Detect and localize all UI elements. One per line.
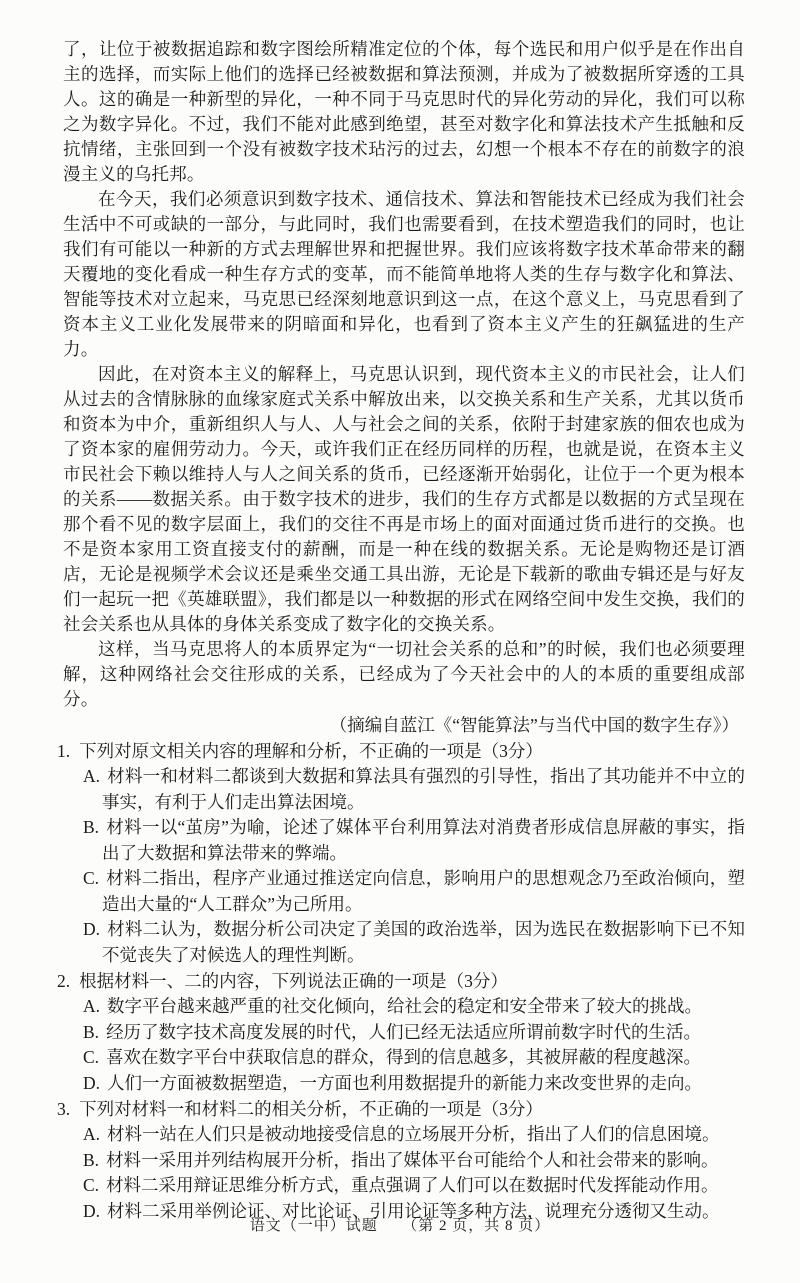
question-stem: 2.根据材料一、二的内容，下列说法正确的一项是（3分） [57, 968, 745, 994]
answer-option: C.喜欢在数字平台中获取信息的群众，得到的信息越多，其被屏蔽的程度越深。 [63, 1045, 745, 1071]
option-label: C. [83, 868, 99, 888]
question-stem-text: 下列对原文相关内容的理解和分析，不正确的一项是（3分） [79, 741, 543, 761]
body-paragraph: 在今天，我们必须意识到数字技术、通信技术、算法和智能技术已经成为我们社会生活中不… [63, 187, 745, 362]
document-body: 了，让位于被数据追踪和数字图绘所精准定位的个体，每个选民和用户似乎是在作出自主的… [63, 37, 745, 1224]
option-text: 经历了数字技术高度发展的时代，人们已经无法适应所谓前数字时代的生活。 [106, 1022, 701, 1042]
body-paragraph: 了，让位于被数据追踪和数字图绘所精准定位的个体，每个选民和用户似乎是在作出自主的… [63, 37, 745, 187]
answer-option: C.材料二指出，程序产业通过推送定向信息，影响用户的思想观念乃至政治倾向，塑造出… [63, 866, 745, 917]
option-label: B. [83, 1150, 99, 1170]
question-block: 1.下列对原文相关内容的理解和分析，不正确的一项是（3分）A.材料一和材料二都谈… [63, 738, 745, 968]
option-text: 材料一采用并列结构展开分析，指出了媒体平台可能给个人和社会带来的影响。 [106, 1150, 719, 1170]
question-number: 1. [57, 741, 70, 761]
question-stem-text: 下列对材料一和材料二的相关分析，不正确的一项是（3分） [79, 1099, 543, 1119]
option-text: 材料二认为，数据分析公司决定了美国的政治选举，因为选民在数据影响下已不知不觉丧失… [102, 919, 745, 965]
page-footer: 语文（一中）试题 （第 2 页，共 8 页） [0, 1214, 800, 1235]
option-label: B. [83, 817, 99, 837]
question-stem: 1.下列对原文相关内容的理解和分析，不正确的一项是（3分） [57, 738, 745, 764]
option-label: A. [83, 996, 100, 1016]
option-label: B. [83, 1022, 99, 1042]
option-text: 材料二指出，程序产业通过推送定向信息，影响用户的思想观念乃至政治倾向，塑造出大量… [102, 868, 745, 914]
paragraphs-container: 了，让位于被数据追踪和数字图绘所精准定位的个体，每个选民和用户似乎是在作出自主的… [63, 37, 745, 712]
source-citation: （摘编自蓝江《“智能算法”与当代中国的数字生存》） [63, 712, 745, 738]
option-text: 人们一方面被数据塑造，一方面也利用数据提升的新能力来改变世界的走向。 [107, 1073, 702, 1093]
option-text: 喜欢在数字平台中获取信息的群众，得到的信息越多，其被屏蔽的程度越深。 [106, 1047, 701, 1067]
question-block: 3.下列对材料一和材料二的相关分析，不正确的一项是（3分）A.材料一站在人们只是… [63, 1096, 745, 1224]
question-stem-text: 根据材料一、二的内容，下列说法正确的一项是（3分） [79, 971, 508, 991]
option-label: A. [83, 766, 100, 786]
question-number: 3. [57, 1099, 70, 1119]
option-text: 材料一以“茧房”为喻，论述了媒体平台利用算法对消费者形成信息屏蔽的事实，指出了大… [102, 817, 745, 863]
answer-option: D.人们一方面被数据塑造，一方面也利用数据提升的新能力来改变世界的走向。 [63, 1071, 745, 1097]
answer-option: A.材料一站在人们只是被动地接受信息的立场展开分析，指出了人们的信息困境。 [63, 1122, 745, 1148]
body-paragraph: 因此，在对资本主义的解释上，马克思认识到，现代资本主义的市民社会，让人们从过去的… [63, 362, 745, 637]
option-text: 数字平台越来越严重的社交化倾向，给社会的稳定和安全带来了较大的挑战。 [107, 996, 702, 1016]
answer-option: B.经历了数字技术高度发展的时代，人们已经无法适应所谓前数字时代的生活。 [63, 1020, 745, 1046]
questions-container: 1.下列对原文相关内容的理解和分析，不正确的一项是（3分）A.材料一和材料二都谈… [63, 738, 745, 1224]
option-label: D. [83, 919, 100, 939]
question-stem: 3.下列对材料一和材料二的相关分析，不正确的一项是（3分） [57, 1096, 745, 1122]
answer-option: D.材料二认为，数据分析公司决定了美国的政治选举，因为选民在数据影响下已不知不觉… [63, 917, 745, 968]
option-text: 材料一和材料二都谈到大数据和算法具有强烈的引导性，指出了其功能并不中立的事实，有… [102, 766, 745, 812]
answer-option: B.材料一以“茧房”为喻，论述了媒体平台利用算法对消费者形成信息屏蔽的事实，指出… [63, 815, 745, 866]
option-text: 材料一站在人们只是被动地接受信息的立场展开分析，指出了人们的信息困境。 [107, 1124, 720, 1144]
option-label: D. [83, 1073, 100, 1093]
answer-option: C.材料二采用辩证思维分析方式，重点强调了人们可以在数据时代发挥能动作用。 [63, 1173, 745, 1199]
option-text: 材料二采用辩证思维分析方式，重点强调了人们可以在数据时代发挥能动作用。 [106, 1175, 719, 1195]
answer-option: B.材料一采用并列结构展开分析，指出了媒体平台可能给个人和社会带来的影响。 [63, 1148, 745, 1174]
answer-option: A.数字平台越来越严重的社交化倾向，给社会的稳定和安全带来了较大的挑战。 [63, 994, 745, 1020]
exam-paper-page: 了，让位于被数据追踪和数字图绘所精准定位的个体，每个选民和用户似乎是在作出自主的… [0, 0, 800, 1283]
question-block: 2.根据材料一、二的内容，下列说法正确的一项是（3分）A.数字平台越来越严重的社… [63, 968, 745, 1096]
option-label: C. [83, 1047, 99, 1067]
question-number: 2. [57, 971, 70, 991]
option-label: A. [83, 1124, 100, 1144]
body-paragraph: 这样，当马克思将人的本质界定为“一切社会关系的总和”的时候，我们也必须要理解，这… [63, 637, 745, 712]
option-label: C. [83, 1175, 99, 1195]
answer-option: A.材料一和材料二都谈到大数据和算法具有强烈的引导性，指出了其功能并不中立的事实… [63, 764, 745, 815]
